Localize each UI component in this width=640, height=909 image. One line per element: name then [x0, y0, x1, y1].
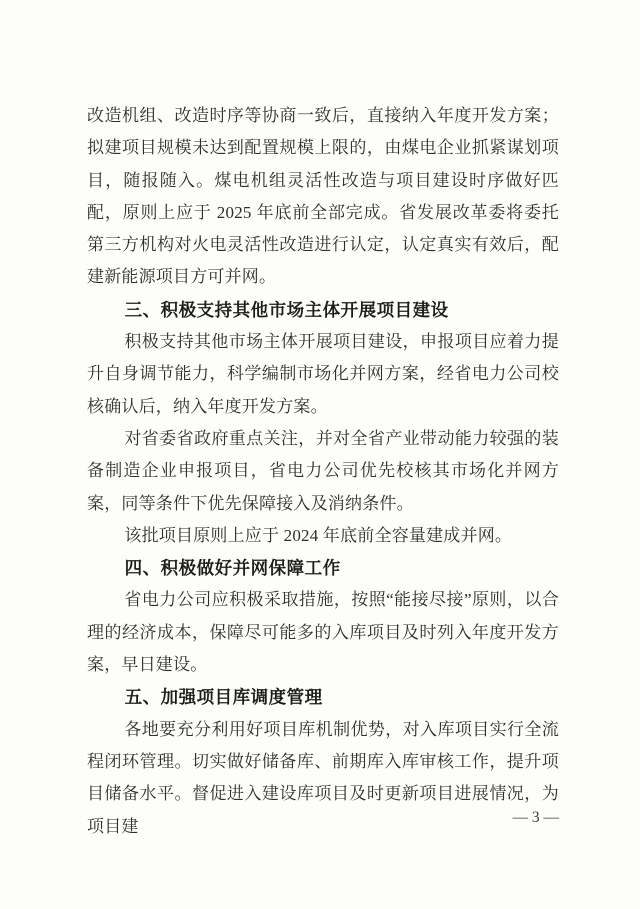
paragraph: 该批项目原则上应于 2024 年底前全容量建成并网。 [87, 520, 559, 552]
document-page: 改造机组、改造时序等协商一致后，直接纳入年度开发方案；拟建项目规模未达到配置规模… [0, 0, 640, 909]
page-number: — 3 — [87, 808, 559, 828]
section-heading-five: 五、加强项目库调度管理 [87, 681, 559, 713]
document-content: 改造机组、改造时序等协商一致后，直接纳入年度开发方案；拟建项目规模未达到配置规模… [87, 100, 559, 843]
paragraph: 对省委省政府重点关注，并对全省产业带动能力较强的装备制造企业申报项目，省电力公司… [87, 423, 559, 520]
paragraph-continuation: 改造机组、改造时序等协商一致后，直接纳入年度开发方案；拟建项目规模未达到配置规模… [87, 100, 559, 294]
paragraph: 积极支持其他市场主体开展项目建设，申报项目应着力提升自身调节能力，科学编制市场化… [87, 326, 559, 423]
section-heading-four: 四、积极做好并网保障工作 [87, 552, 559, 584]
section-heading-three: 三、积极支持其他市场主体开展项目建设 [87, 294, 559, 326]
paragraph: 省电力公司应积极采取措施，按照“能接尽接”原则，以合理的经济成本，保障尽可能多的… [87, 584, 559, 681]
